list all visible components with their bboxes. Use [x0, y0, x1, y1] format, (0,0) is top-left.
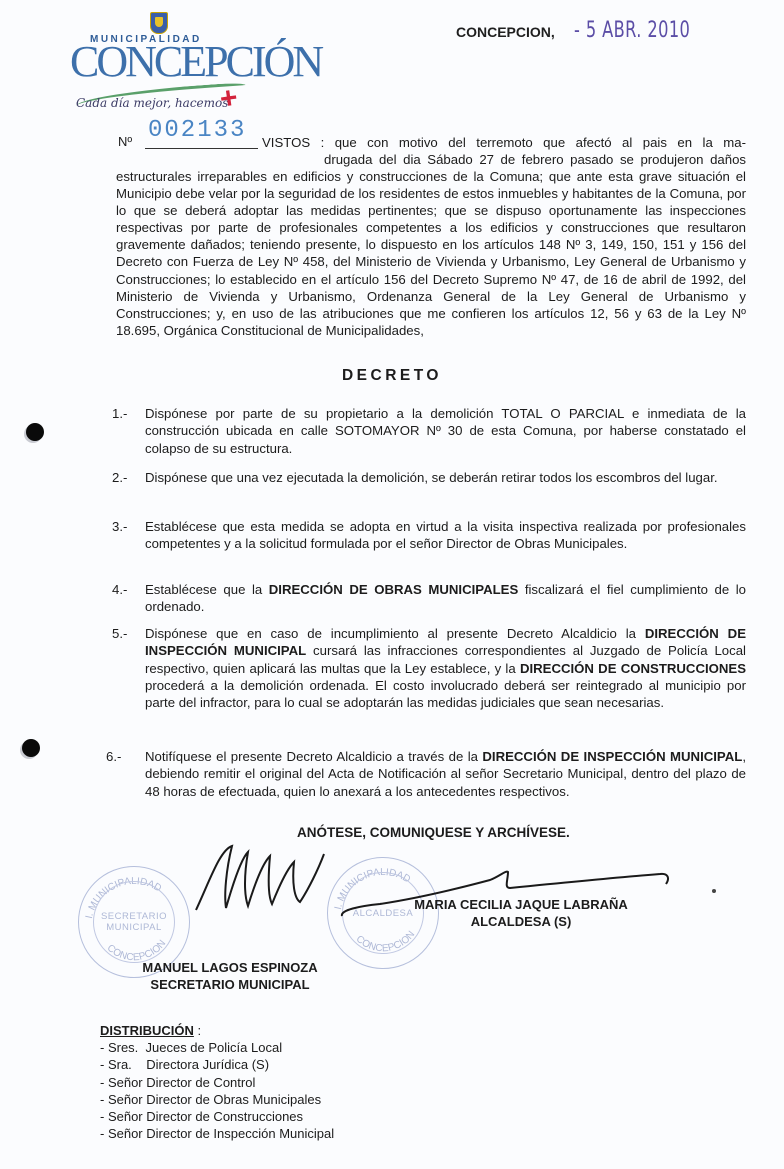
vistos-line-2: drugada del dia Sábado 27 de febrero pas…: [324, 151, 746, 168]
decree-item: 6.- Notifíquese el presente Decreto Alca…: [106, 748, 746, 800]
item-text: Dispónese que en caso de incumplimiento …: [145, 625, 746, 711]
distribution-item: - Señor Director de Obras Municipales: [100, 1091, 334, 1108]
punch-hole: [22, 739, 40, 757]
item-text: Dispónese que una vez ejecutada la demol…: [145, 469, 746, 486]
decree-page: MUNICIPALIDAD CONCEPCIÓN Cada día mejor,…: [0, 0, 784, 1169]
mayor-title: ALCALDESA (S): [408, 913, 634, 930]
place-label: CONCEPCION,: [456, 24, 555, 40]
distribution-item: - Señor Director de Control: [100, 1074, 334, 1091]
decree-number: 002133: [148, 117, 246, 144]
decree-item: 5.- Dispónese que en caso de incumplimie…: [112, 625, 746, 711]
coat-of-arms-icon: [150, 12, 168, 34]
item-number: 2.-: [112, 469, 127, 486]
item-text: Dispónese por parte de su propietario a …: [145, 405, 746, 457]
seal-line: SECRETARIO: [79, 911, 189, 922]
number-label: Nº: [118, 134, 132, 149]
logo-tagline: Cada día mejor, hacemos: [76, 96, 228, 110]
secretary-title: SECRETARIO MUNICIPAL: [130, 976, 330, 993]
punch-hole: [26, 423, 44, 441]
decree-item: 1.- Dispónese por parte de su propietari…: [112, 405, 746, 457]
distribution-item: - Sra. Directora Jurídica (S): [100, 1056, 334, 1073]
mayor-name: MARIA CECILIA JAQUE LABRAÑA: [408, 896, 634, 913]
date-stamp: - 5 ABR. 2010: [574, 18, 690, 43]
secretary-signature-block: MANUEL LAGOS ESPINOZA SECRETARIO MUNICIP…: [130, 959, 330, 993]
item-number: 1.-: [112, 405, 127, 422]
item-number: 6.-: [106, 748, 121, 765]
distribution-item: - Sres. Jueces de Policía Local: [100, 1039, 334, 1056]
item-number: 4.-: [112, 581, 127, 598]
decreto-heading: DECRETO: [0, 367, 784, 385]
item-text: Establécese que la DIRECCIÓN DE OBRAS MU…: [145, 581, 746, 616]
distribution-item: - Señor Director de Inspección Municipal: [100, 1125, 334, 1142]
secretary-name: MANUEL LAGOS ESPINOZA: [130, 959, 330, 976]
decree-item: 3.- Establécese que esta medida se adopt…: [112, 518, 746, 553]
municipality-logo: MUNICIPALIDAD CONCEPCIÓN Cada día mejor,…: [70, 10, 260, 110]
item-number: 3.-: [112, 518, 127, 535]
mayor-signature-block: MARIA CECILIA JAQUE LABRAÑA ALCALDESA (S…: [408, 896, 634, 930]
decree-item: 4.- Establécese que la DIRECCIÓN DE OBRA…: [112, 581, 746, 616]
closing-formula: ANÓTESE, COMUNIQUESE Y ARCHÍVESE.: [297, 825, 570, 840]
logo-name: CONCEPCIÓN: [70, 40, 321, 84]
item-number: 5.-: [112, 625, 127, 642]
distribution-heading: DISTRIBUCIÓN: [100, 1023, 194, 1038]
distribution-item: - Señor Director de Construcciones: [100, 1108, 334, 1125]
vistos-line-1: VISTOS : que con motivo del terremoto qu…: [262, 134, 746, 151]
item-text: Establécese que esta medida se adopta en…: [145, 518, 746, 553]
decree-item: 2.- Dispónese que una vez ejecutada la d…: [112, 469, 746, 486]
item-text: Notifíquese el presente Decreto Alcaldic…: [145, 748, 746, 800]
distribution-list: DISTRIBUCIÓN : - Sres. Jueces de Policía…: [100, 1022, 334, 1142]
ink-dot: [712, 889, 716, 893]
seal-line: MUNICIPAL: [79, 922, 189, 933]
vistos-body: estructurales irreparables en edificios …: [116, 168, 746, 339]
number-underline: [145, 148, 258, 149]
